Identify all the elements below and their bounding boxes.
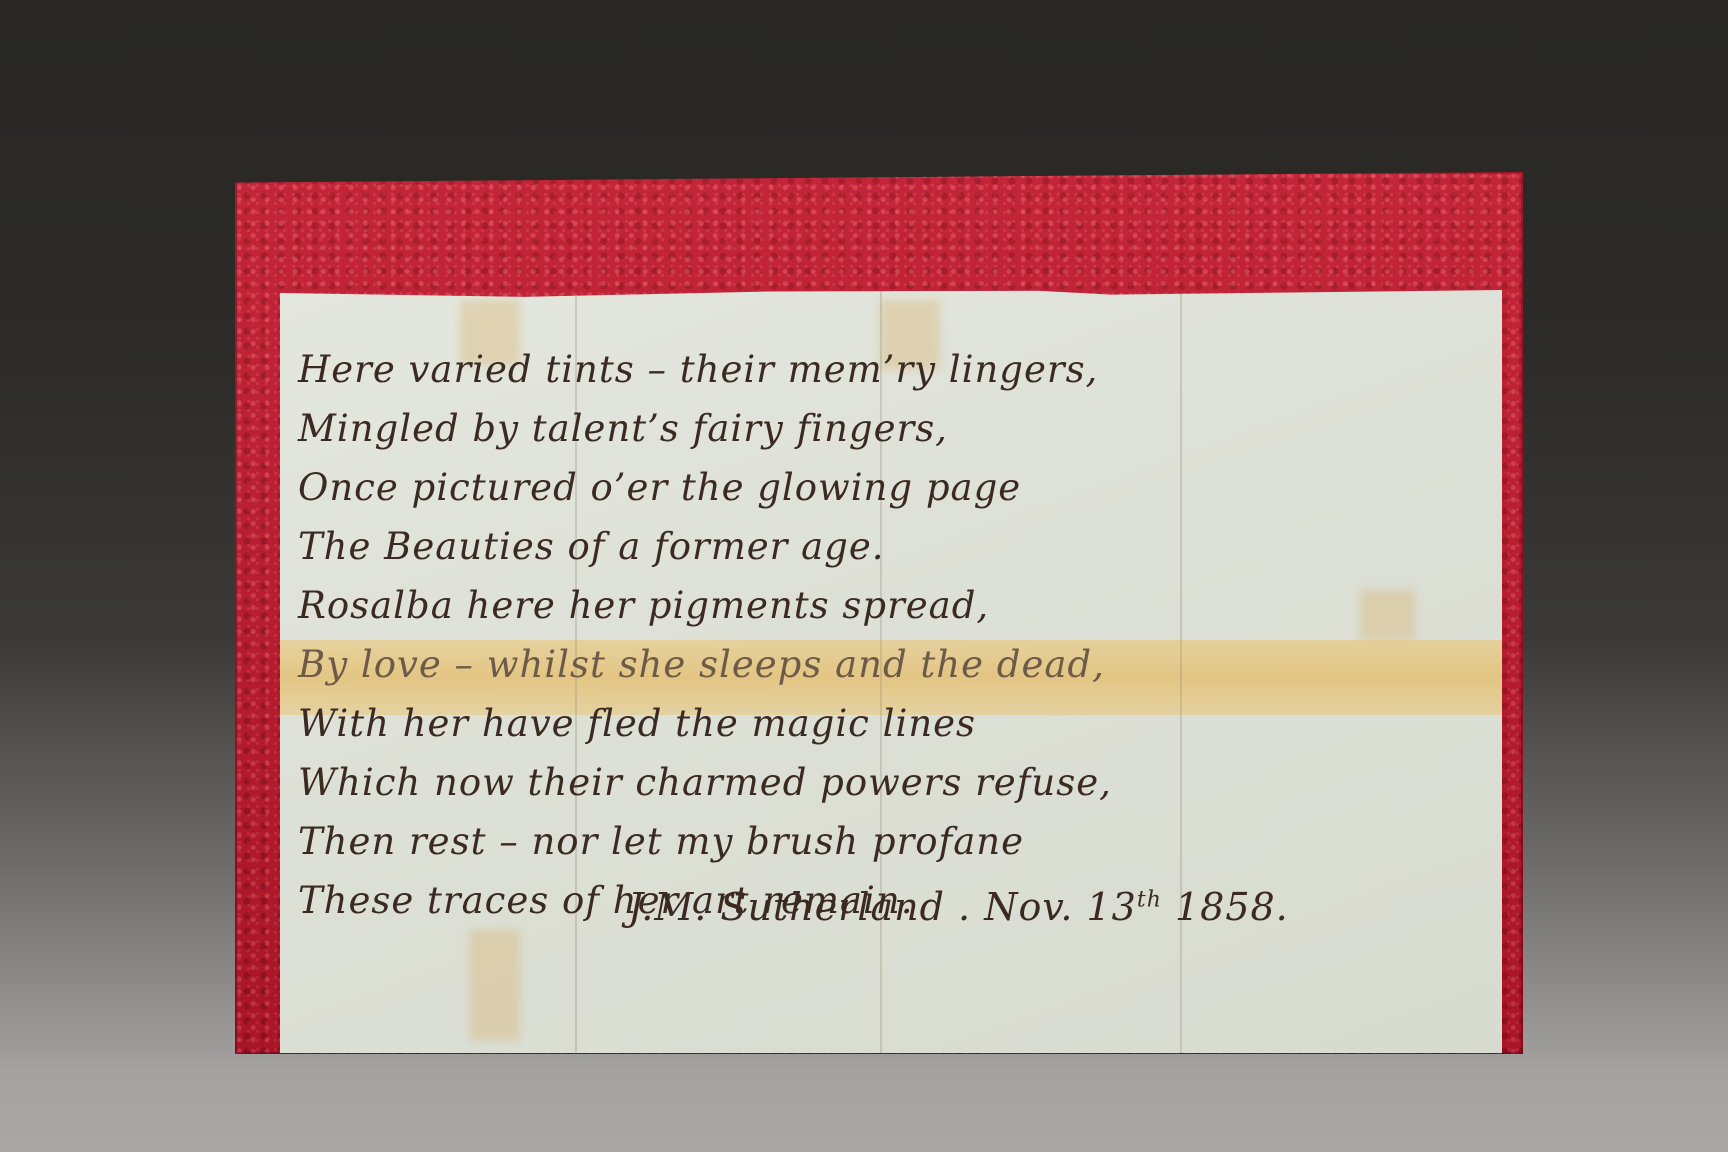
signature: J.M. Sutherland . Nov. 13th 1858. xyxy=(628,885,1289,929)
poem-line-5: Rosalba here her pigments spread, xyxy=(298,576,1472,635)
signature-year: 1858. xyxy=(1175,885,1289,929)
stain-bottom xyxy=(470,930,520,1040)
poem-line-1: Here varied tints – their mem’ry lingers… xyxy=(298,340,1472,399)
signature-day-suffix: th xyxy=(1137,887,1162,912)
signature-name: J.M. Sutherland xyxy=(628,885,945,929)
poem-line-9: Then rest – nor let my brush profane xyxy=(298,812,1472,871)
poem-line-3: Once pictured o’er the glowing page xyxy=(298,458,1472,517)
poem-line-6: By love – whilst she sleeps and the dead… xyxy=(298,635,1472,694)
poem-line-2: Mingled by talent’s fairy fingers, xyxy=(298,399,1472,458)
poem-text: Here varied tints – their mem’ry lingers… xyxy=(298,340,1472,930)
poem-line-7: With her have fled the magic lines xyxy=(298,694,1472,753)
signature-date-prefix: Nov. xyxy=(984,885,1073,929)
manuscript-paper: Here varied tints – their mem’ry lingers… xyxy=(280,290,1502,1053)
signature-day: 13 xyxy=(1087,885,1137,929)
poem-line-4: The Beauties of a former age. xyxy=(298,517,1472,576)
signature-separator: . xyxy=(958,885,971,929)
poem-line-8: Which now their charmed powers refuse, xyxy=(298,753,1472,812)
